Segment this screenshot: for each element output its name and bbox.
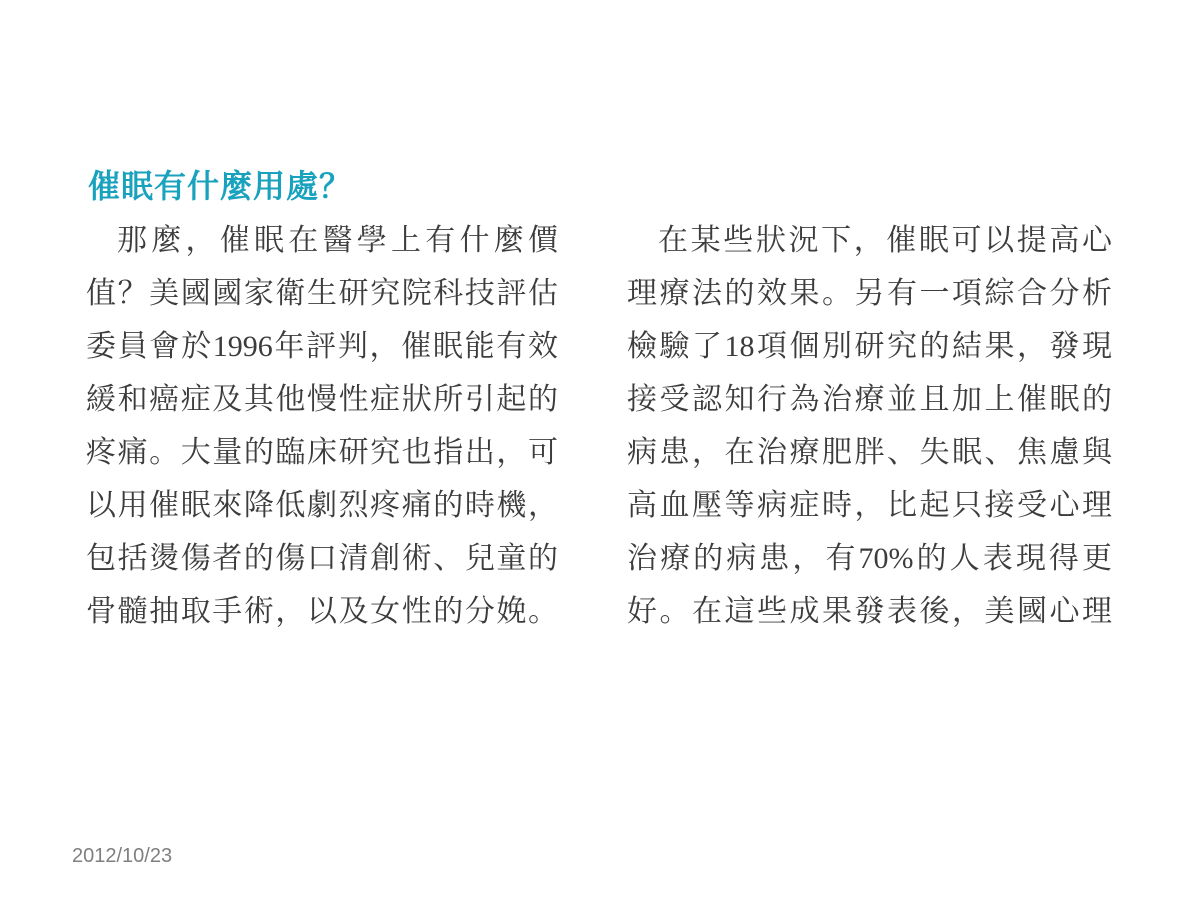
text-line: 緩和癌症及其他慢性症狀所引起的 xyxy=(86,373,558,426)
text-line: 骨髓抽取手術，以及女性的分娩。 xyxy=(86,585,558,638)
text-line: 接受認知行為治療並且加上催眠的 xyxy=(627,373,1112,426)
text-line: 在某些狀況下，催眠可以提高心 xyxy=(627,214,1112,267)
text-line: 委員會於1996年評判，催眠能有效 xyxy=(86,320,558,373)
text-line: 理療法的效果。另有一項綜合分析 xyxy=(627,267,1112,320)
text-line: 檢驗了18項個別研究的結果，發現 xyxy=(627,320,1112,373)
text-line: 值？美國國家衛生研究院科技評估 xyxy=(86,267,558,320)
text-line: 好。在這些成果發表後，美國心理 xyxy=(627,585,1112,638)
text-column-left: 那麼，催眠在醫學上有什麼價 值？美國國家衛生研究院科技評估 委員會於1996年評… xyxy=(86,214,558,638)
slide-title: 催眠有什麼用處？ xyxy=(88,166,352,206)
text-line: 那麼，催眠在醫學上有什麼價 xyxy=(86,214,558,267)
text-line: 治療的病患，有70%的人表現得更 xyxy=(627,532,1112,585)
text-column-right: 在某些狀況下，催眠可以提高心 理療法的效果。另有一項綜合分析 檢驗了18項個別研… xyxy=(627,214,1112,638)
text-line: 高血壓等病症時，比起只接受心理 xyxy=(627,479,1112,532)
text-line: 疼痛。大量的臨床研究也指出，可 xyxy=(86,426,558,479)
presentation-slide: 催眠有什麼用處？ 那麼，催眠在醫學上有什麼價 值？美國國家衛生研究院科技評估 委… xyxy=(0,0,1200,900)
text-line: 以用催眠來降低劇烈疼痛的時機， xyxy=(86,479,558,532)
slide-date: 2012/10/23 xyxy=(72,843,172,869)
text-line: 包括燙傷者的傷口清創術、兒童的 xyxy=(86,532,558,585)
text-line: 病患，在治療肥胖、失眠、焦慮與 xyxy=(627,426,1112,479)
